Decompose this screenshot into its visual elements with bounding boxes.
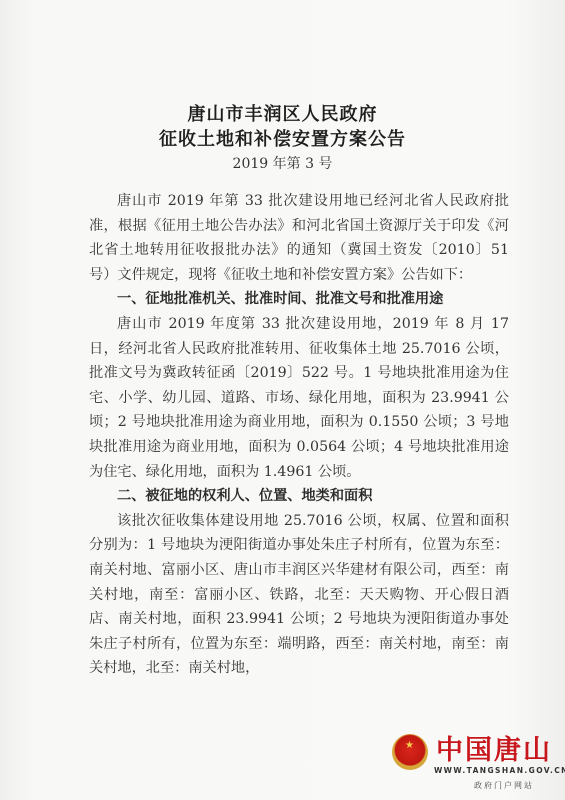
document-number: 2019 年第 3 号 (0, 153, 565, 173)
document-body: 唐山市 2019 年第 33 批次建设用地已经河北省人民政府批准，根据《征用土地… (89, 189, 509, 681)
document-title-line1: 唐山市丰润区人民政府 (0, 100, 565, 126)
intro-paragraph: 唐山市 2019 年第 33 批次建设用地已经河北省人民政府批准，根据《征用土地… (89, 189, 509, 287)
national-emblem-icon: ★ (392, 734, 428, 770)
section1-paragraph: 唐山市 2019 年度第 33 批次建设用地，2019 年 8 月 17 日，经… (89, 312, 509, 484)
section1-heading: 一、征地批准机关、批准时间、批准文号和批准用途 (89, 287, 509, 312)
section2-paragraph: 该批次征收集体建设用地 25.7016 公顷，权属、位置和面积分别为：1 号地块… (89, 509, 509, 681)
watermark-subtitle: 政府门户网站 (474, 780, 534, 791)
document-title-line2: 征收土地和补偿安置方案公告 (0, 125, 565, 151)
scanned-document-page: 唐山市丰润区人民政府 征收土地和补偿安置方案公告 2019 年第 3 号 唐山市… (0, 0, 565, 800)
tangshan-portal-watermark: ★ 中国唐山 WWW.TANGSHAN.GOV.CN 政府门户网站 (392, 728, 562, 794)
watermark-url: WWW.TANGSHAN.GOV.CN (434, 766, 565, 775)
watermark-brand: 中国唐山 (436, 728, 552, 767)
section2-heading: 二、被征地的权利人、位置、地类和面积 (89, 484, 509, 509)
